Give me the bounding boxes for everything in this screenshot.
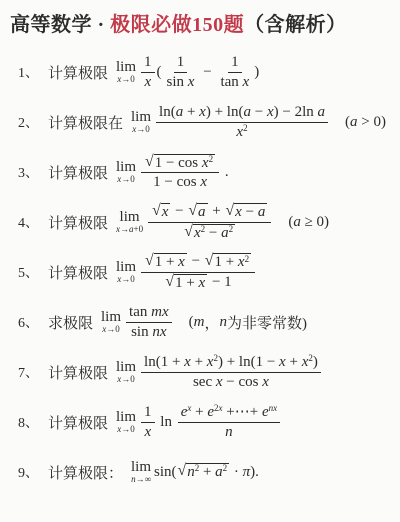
math-txt: 1 xyxy=(144,54,152,70)
problem-number: 6、 xyxy=(18,312,39,332)
problem-number: 5、 xyxy=(18,262,39,282)
mbar: 1 + x2 xyxy=(213,253,251,271)
problem-number: 9、 xyxy=(18,462,39,482)
problem-prefix: 计算极限 xyxy=(48,212,108,233)
mnum: 1 xyxy=(141,53,155,73)
math-frac: 1x xyxy=(141,403,155,442)
problem-note: (m，n为非零常数) xyxy=(189,312,307,333)
math-sqrt: √x − a xyxy=(226,203,268,221)
math-txt: − 1 xyxy=(208,274,231,290)
mden: sin nx xyxy=(128,323,169,342)
math-txt: 2 xyxy=(243,123,248,133)
math-txt: lim xyxy=(101,309,121,325)
mnum: √1 + x − √1 + x2 xyxy=(141,252,255,272)
msub: x→0 xyxy=(117,75,135,84)
page-title: 高等数学 · 极限必做150题（含解析） xyxy=(10,10,394,41)
problem-prefix: 计算极限在 xyxy=(48,112,123,133)
msub: x→0 xyxy=(117,275,135,284)
math-txt: ) xyxy=(313,354,318,370)
msub: x→0 xyxy=(117,425,135,434)
mden: tan x xyxy=(217,73,252,92)
problem-formula: limx→0tan mxsin nx xyxy=(98,303,174,342)
mbase: lim xyxy=(131,110,151,126)
problem-formula: limx→a+0√x − √a + √x − a√x2 − a2 xyxy=(113,202,273,242)
math-txt: − xyxy=(199,64,215,81)
math-txt: ln xyxy=(157,414,176,431)
mnum: tan mx xyxy=(126,303,172,323)
mbar: x2 − a2 xyxy=(193,224,235,242)
math-txt: lim xyxy=(131,109,151,125)
math-sup: 2 xyxy=(213,353,218,363)
problem-row: 5、 计算极限 limx→0√1 + x − √1 + x2√1 + x − 1 xyxy=(10,247,394,297)
math-txt: sin xyxy=(167,74,188,90)
mnum: √x − √a + √x − a xyxy=(148,202,271,222)
math-txt: 1 − cos xyxy=(153,174,200,190)
math-txt: →0 xyxy=(121,175,135,184)
math-sqrt: √n2 + a2 xyxy=(178,463,230,481)
msub: n→∞ xyxy=(131,475,151,484)
math-var: x xyxy=(235,204,242,220)
title-right: （含解析） xyxy=(244,14,347,36)
math-frac: tan mxsin nx xyxy=(126,303,172,342)
math-var: x xyxy=(202,155,209,171)
math-sqrt: √a xyxy=(188,203,207,221)
problem-note: (a > 0) xyxy=(345,114,386,131)
mbar: x − a xyxy=(234,203,267,221)
mbase: lim xyxy=(101,310,121,326)
math-txt: lim xyxy=(120,209,140,225)
math-sup: 2 xyxy=(201,224,206,234)
math-var: n xyxy=(187,464,195,480)
math-txt: + xyxy=(286,354,302,370)
problem-prefix: 计算极限 xyxy=(48,162,108,183)
mden: x xyxy=(141,73,154,92)
problem-formula: limx→0ln(1 + x + x2) + ln(1 − x + x2)sec… xyxy=(113,353,323,392)
math-sup: 2 xyxy=(209,154,214,164)
msub: x→0 xyxy=(102,325,120,334)
math-var: x xyxy=(216,374,223,390)
math-txt: ≥ 0) xyxy=(301,214,329,231)
math-txt: 1 − cos xyxy=(155,155,202,171)
problem-prefix: 计算极限 xyxy=(48,362,108,383)
math-var: x xyxy=(219,403,223,413)
math-sup: 2 xyxy=(245,254,250,264)
math-var: n xyxy=(225,424,233,440)
math-txt: − cos xyxy=(223,374,263,390)
math-txt: 2 xyxy=(308,353,313,363)
mbase: lim xyxy=(120,210,140,226)
math-frac: √x − √a + √x − a√x2 − a2 xyxy=(148,202,271,242)
math-var: x xyxy=(188,74,195,90)
problem-list: 1、 计算极限 limx→01x(1sin x − 1tan x) 2、 计算极… xyxy=(10,47,394,497)
problem-row: 3、 计算极限 limx→0√1 − cos x21 − cos x . xyxy=(10,147,394,197)
math-sqrt: √1 + x xyxy=(165,274,207,292)
math-txt: 1 xyxy=(177,54,185,70)
mbar: n2 + a2 xyxy=(186,463,229,481)
math-txt: sec xyxy=(193,374,216,390)
radical-icon: √ xyxy=(226,203,235,220)
math-var: a xyxy=(243,104,251,120)
math-txt: 2 xyxy=(229,224,234,234)
math-var: x xyxy=(194,225,201,241)
mden: x xyxy=(141,423,154,442)
math-var: x xyxy=(199,275,206,291)
problem-number: 3、 xyxy=(18,162,39,182)
math-under: limn→∞ xyxy=(131,460,151,485)
problem-formula: limx→0√1 + x − √1 + x2√1 + x − 1 xyxy=(113,252,257,292)
math-txt: tan xyxy=(220,74,242,90)
mbase: lim xyxy=(131,460,151,476)
radical-icon: √ xyxy=(165,274,174,291)
math-under: limx→0 xyxy=(101,310,121,335)
problem-prefix: 求极限 xyxy=(48,312,93,333)
problem-number: 2、 xyxy=(18,112,39,132)
math-frac: ex + e2x +⋯+ enxn xyxy=(178,403,280,442)
mden: sin x xyxy=(164,73,198,92)
math-txt: ) + ln( xyxy=(206,104,244,120)
math-frac: 1sin x xyxy=(164,53,198,92)
math-var: e xyxy=(262,404,269,420)
math-txt: lim xyxy=(116,359,136,375)
math-under: limx→0 xyxy=(116,260,136,285)
math-sup: nx xyxy=(269,403,278,413)
math-var: x xyxy=(200,174,207,190)
mbar: 1 + x xyxy=(154,253,187,271)
radical-icon: √ xyxy=(145,154,154,171)
math-txt: →0 xyxy=(121,425,135,434)
radical-icon: √ xyxy=(184,224,193,241)
math-txt: +⋯+ xyxy=(223,404,262,420)
math-txt: 1 xyxy=(231,54,239,70)
mnum: 1 xyxy=(141,403,155,423)
math-txt: + xyxy=(191,354,207,370)
math-frac: 1x xyxy=(141,53,155,92)
math-txt: tan xyxy=(129,304,151,320)
mden: √1 + x − 1 xyxy=(161,273,234,292)
math-txt: ， xyxy=(204,312,219,333)
math-sup: x xyxy=(187,403,191,413)
math-var: x xyxy=(267,104,274,120)
math-under: limx→0 xyxy=(116,360,136,385)
document-page: 高等数学 · 极限必做150题（含解析） 1、 计算极限 limx→01x(1s… xyxy=(0,0,400,497)
math-txt: − xyxy=(171,203,187,219)
math-txt: lim xyxy=(116,159,136,175)
math-txt: →0 xyxy=(121,375,135,384)
math-var: e xyxy=(207,404,214,420)
math-txt: ) + ln(1 − xyxy=(218,354,279,370)
math-under: limx→0 xyxy=(116,60,136,85)
math-var: π xyxy=(243,464,251,481)
math-sup: 2 xyxy=(308,353,313,363)
math-var: x xyxy=(144,424,151,440)
problem-row: 8、 计算极限 limx→01x ln ex + e2x +⋯+ enxn xyxy=(10,397,394,447)
math-var: x xyxy=(144,74,151,90)
mbar: a xyxy=(197,203,208,221)
math-var: a xyxy=(198,204,206,220)
math-txt: ). xyxy=(250,464,259,481)
math-under: limx→0 xyxy=(116,160,136,185)
problem-number: 7、 xyxy=(18,362,39,382)
radical-icon: √ xyxy=(152,203,161,220)
math-txt: → xyxy=(120,225,129,234)
radical-icon: √ xyxy=(178,463,187,480)
math-frac: √1 + x − √1 + x2√1 + x − 1 xyxy=(141,252,255,292)
title-highlight: 极限必做150题 xyxy=(110,14,244,36)
math-sqrt: √x2 − a2 xyxy=(184,224,235,242)
problem-formula: limx→01x ln ex + e2x +⋯+ enxn xyxy=(113,403,282,442)
math-txt: . xyxy=(221,164,229,181)
mbar: 1 − cos x2 xyxy=(154,154,215,172)
problem-formula: limn→∞sin(√n2 + a2 · π). xyxy=(128,460,259,485)
math-sqrt: √1 + x2 xyxy=(205,253,251,271)
math-txt: →0 xyxy=(121,275,135,284)
math-sqrt: √1 + x xyxy=(145,253,187,271)
math-sqrt: √1 − cos x2 xyxy=(145,154,215,172)
math-txt: 1 + xyxy=(155,254,178,270)
mden: √x2 − a2 xyxy=(180,223,239,242)
problem-prefix: 计算极限 xyxy=(48,412,108,433)
math-txt: − xyxy=(251,104,267,120)
math-txt: + xyxy=(199,464,215,480)
problem-row: 1、 计算极限 limx→01x(1sin x − 1tan x) xyxy=(10,47,394,97)
math-txt: →∞ xyxy=(136,475,151,484)
math-txt: lim xyxy=(116,59,136,75)
mbase: lim xyxy=(116,410,136,426)
problem-prefix: 计算极限： xyxy=(48,462,123,483)
msub: x→0 xyxy=(117,375,135,384)
math-frac: ln(1 + x + x2) + ln(1 − x + x2)sec x − c… xyxy=(141,353,321,392)
math-txt: 2 xyxy=(209,154,214,164)
math-var: x xyxy=(262,374,269,390)
math-txt: − xyxy=(242,204,258,220)
radical-icon: √ xyxy=(188,203,197,220)
math-sup: 2 xyxy=(229,224,234,234)
mden: sec x − cos x xyxy=(190,373,272,392)
math-var: a xyxy=(293,214,301,231)
mnum: 1 xyxy=(174,53,188,73)
math-txt: + xyxy=(209,203,225,219)
problem-formula: limx→0√1 − cos x21 − cos x . xyxy=(113,153,229,192)
math-sup: 2 xyxy=(223,463,228,473)
math-txt: 1 + xyxy=(175,275,198,291)
math-var: mx xyxy=(151,304,169,320)
math-frac: ln(a + x) + ln(a − x) − 2ln ax2 xyxy=(156,103,328,142)
problem-formula: limx→01x(1sin x − 1tan x) xyxy=(113,53,259,92)
math-txt: 2 xyxy=(201,224,206,234)
problem-number: 1、 xyxy=(18,62,39,82)
problem-prefix: 计算极限 xyxy=(48,262,108,283)
math-var: a xyxy=(350,114,358,131)
math-frac: √1 − cos x21 − cos x xyxy=(141,153,219,192)
mnum: ex + e2x +⋯+ enx xyxy=(178,403,280,423)
mbar: 1 + x xyxy=(174,274,207,292)
math-txt: 1 + xyxy=(214,254,237,270)
mbase: lim xyxy=(116,360,136,376)
math-var: x xyxy=(279,354,286,370)
math-var: x xyxy=(243,74,250,90)
math-var: n xyxy=(219,314,227,331)
mnum: √1 − cos x2 xyxy=(141,153,219,173)
problem-number: 8、 xyxy=(18,412,39,432)
math-var: x xyxy=(187,403,191,413)
math-frac: 1tan x xyxy=(217,53,252,92)
msub: x→0 xyxy=(117,175,135,184)
math-var: x xyxy=(184,354,191,370)
msub: x→0 xyxy=(132,125,150,134)
math-sup: 2x xyxy=(214,403,223,413)
math-var: m xyxy=(194,314,205,331)
math-txt: 2 xyxy=(213,353,218,363)
math-txt: +0 xyxy=(134,225,144,234)
problem-prefix: 计算极限 xyxy=(48,62,108,83)
math-txt: lim xyxy=(116,409,136,425)
math-txt: →0 xyxy=(136,125,150,134)
math-var: nx xyxy=(152,324,166,340)
mden: x2 xyxy=(233,123,250,142)
mbar: x xyxy=(161,203,171,221)
math-under: limx→a+0 xyxy=(116,210,143,235)
math-txt: ) − 2ln xyxy=(274,104,318,120)
math-txt: sin xyxy=(131,324,152,340)
math-txt: 2 xyxy=(195,463,200,473)
problem-row: 4、 计算极限 limx→a+0√x − √a + √x − a√x2 − a2… xyxy=(10,197,394,247)
math-txt: + xyxy=(183,104,199,120)
math-var: x xyxy=(238,254,245,270)
math-txt: →0 xyxy=(106,325,120,334)
math-txt: 2 xyxy=(245,254,250,264)
math-txt: 2 xyxy=(223,463,228,473)
problem-row: 6、 求极限 limx→0tan mxsin nx (m，n为非零常数) xyxy=(10,297,394,347)
math-txt: ln(1 + xyxy=(144,354,184,370)
math-var: x xyxy=(178,254,185,270)
math-txt: − xyxy=(188,253,204,269)
problem-row: 7、 计算极限 limx→0ln(1 + x + x2) + ln(1 − x … xyxy=(10,347,394,397)
math-under: limx→0 xyxy=(131,110,151,135)
mbase: lim xyxy=(116,260,136,276)
math-txt: 1 xyxy=(144,404,152,420)
radical-icon: √ xyxy=(205,253,214,270)
math-sup: 2 xyxy=(243,123,248,133)
math-txt: →0 xyxy=(121,75,135,84)
math-var: x xyxy=(199,104,206,120)
math-var: a xyxy=(215,464,223,480)
math-sup: 2 xyxy=(195,463,200,473)
mnum: ln(a + x) + ln(a − x) − 2ln a xyxy=(156,103,328,123)
math-txt: sin( xyxy=(154,464,177,481)
title-left: 高等数学 · xyxy=(10,14,110,36)
math-var: nx xyxy=(269,403,278,413)
radical-icon: √ xyxy=(145,253,154,270)
mbase: lim xyxy=(116,160,136,176)
problem-row: 2、 计算极限在 limx→0ln(a + x) + ln(a − x) − 2… xyxy=(10,97,394,147)
math-txt: 为非零常数) xyxy=(227,312,307,333)
msub: x→a+0 xyxy=(116,225,143,234)
problem-row: 9、 计算极限： limn→∞sin(√n2 + a2 · π). xyxy=(10,447,394,497)
math-sqrt: √x xyxy=(152,203,170,221)
math-txt: · xyxy=(230,464,243,481)
math-txt: ) xyxy=(254,64,259,81)
math-txt: − xyxy=(205,225,221,241)
math-var: x xyxy=(162,204,169,220)
mbase: lim xyxy=(116,60,136,76)
math-txt: ln( xyxy=(159,104,176,120)
math-txt: lim xyxy=(116,259,136,275)
problem-formula: limx→0ln(a + x) + ln(a − x) − 2ln ax2 xyxy=(128,103,330,142)
math-txt: + xyxy=(191,404,207,420)
problem-note: (a ≥ 0) xyxy=(288,214,329,231)
math-txt: > 0) xyxy=(357,114,385,131)
mnum: 1 xyxy=(228,53,242,73)
problem-number: 4、 xyxy=(18,212,39,232)
math-var: a xyxy=(317,104,325,120)
math-var: a xyxy=(221,225,229,241)
math-under: limx→0 xyxy=(116,410,136,435)
mden: 1 − cos x xyxy=(150,173,210,192)
mden: n xyxy=(222,423,236,442)
mnum: ln(1 + x + x2) + ln(1 − x + x2) xyxy=(141,353,321,373)
math-txt: lim xyxy=(131,459,151,475)
math-txt: ( xyxy=(157,64,162,81)
math-var: a xyxy=(258,204,266,220)
